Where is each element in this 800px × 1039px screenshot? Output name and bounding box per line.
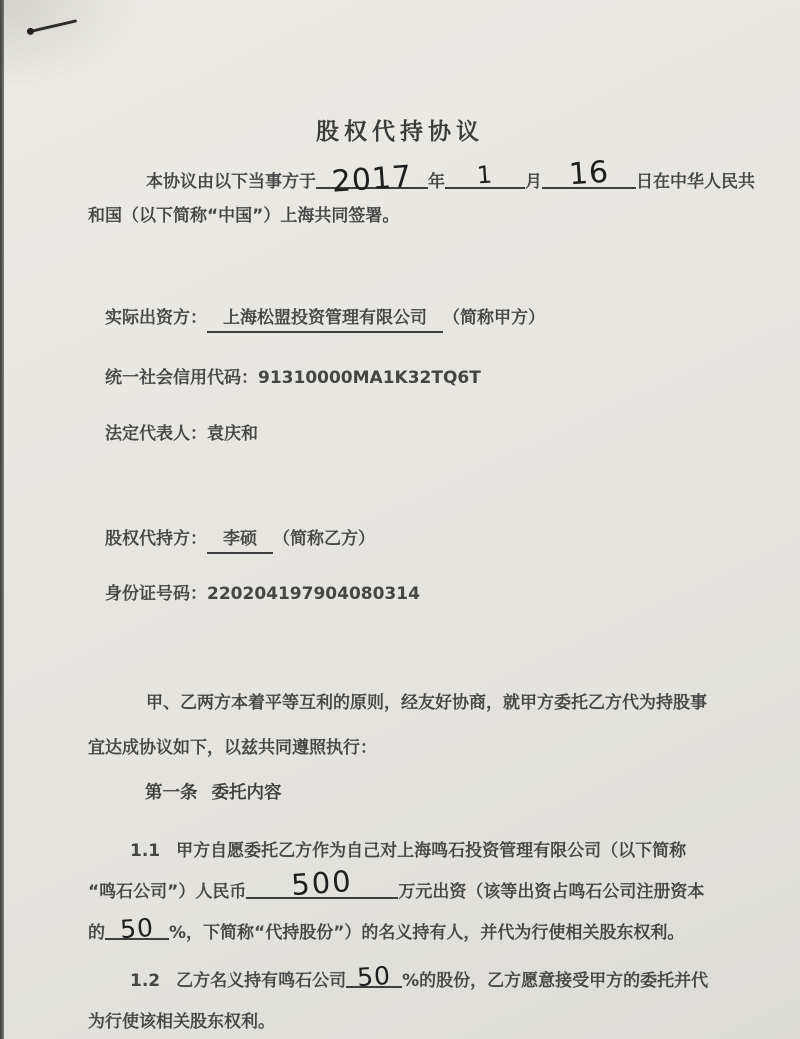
party-b-row: 股权代持方：李硕（简称乙方） xyxy=(105,524,375,549)
handwritten-amount: 500 xyxy=(291,867,354,900)
article-1-title: 委托内容 xyxy=(212,783,282,803)
scanned-contract-page: 股权代持协议 本协议由以下当事方于2017年1月16日在中华人民共 和国（以下简… xyxy=(0,0,800,1039)
party-b-role-label: 股权代持方： xyxy=(105,529,207,549)
id-number-label: 身份证号码： xyxy=(105,584,207,604)
clause-1-1-line-2: “鸣石公司”）人民币500万元出资（该等出资占鸣石公司注册资本 xyxy=(88,882,704,902)
preamble-paragraph: 甲、乙两方本着平等互利的原则，经友好协商，就甲方委托乙方代为持股事 宜达成协议如… xyxy=(88,681,707,771)
corner-shadow xyxy=(0,0,140,90)
intro-line-1: 本协议由以下当事方于2017年1月16日在中华人民共 xyxy=(146,172,755,192)
party-a-row: 实际出资方：上海松盟投资管理有限公司（简称甲方） xyxy=(105,303,545,328)
intro-text-post: 日在中华人民共 xyxy=(636,172,755,192)
intro-paragraph: 本协议由以下当事方于2017年1月16日在中华人民共 和国（以下简称“中国”）上… xyxy=(88,165,755,233)
month-unit: 月 xyxy=(525,172,542,192)
clause-1-1-number: 1.1 xyxy=(130,841,160,861)
clause-1-1-text-2b: 万元出资（该等出资占鸣石公司注册资本 xyxy=(398,882,704,902)
legal-rep-label: 法定代表人： xyxy=(105,424,207,444)
handwritten-percent-1: 50 xyxy=(119,915,154,942)
year-blank: 2017 xyxy=(316,170,428,189)
clause-1-2-paragraph: 1.2乙方名义持有鸣石公司50%的股份，乙方愿意接受甲方的委托并代 为行使该相关… xyxy=(88,961,708,1039)
legal-rep-row: 法定代表人：袁庆和 xyxy=(105,419,258,444)
clause-1-1-line-1: 1.1甲方自愿委托乙方作为自己对上海鸣石投资管理有限公司（以下简称 xyxy=(130,841,686,861)
id-number-value: 220204197904080314 xyxy=(207,584,420,604)
credit-code-row: 统一社会信用代码：91310000MA1K32TQ6T xyxy=(105,363,481,388)
percent-blank-2: 50 xyxy=(346,969,402,988)
photo-left-edge xyxy=(0,0,4,1039)
credit-code-value: 91310000MA1K32TQ6T xyxy=(258,368,481,388)
party-a-name: 上海松盟投资管理有限公司 xyxy=(207,308,443,333)
article-1-heading: 第一条委托内容 xyxy=(145,779,282,804)
party-b-alias: （简称乙方） xyxy=(273,529,375,549)
handwritten-month: 1 xyxy=(476,162,494,187)
party-a-role-label: 实际出资方： xyxy=(105,308,207,328)
clause-1-2-text-1a: 乙方名义持有鸣石公司 xyxy=(176,971,346,991)
credit-code-label: 统一社会信用代码： xyxy=(105,368,258,388)
handwritten-year: 2017 xyxy=(331,162,413,198)
intro-text-pre: 本协议由以下当事方于 xyxy=(146,172,316,192)
year-unit: 年 xyxy=(428,172,445,192)
legal-rep-name: 袁庆和 xyxy=(207,424,258,444)
handwritten-day: 16 xyxy=(568,158,610,191)
preamble-line-1: 甲、乙两方本着平等互利的原则，经友好协商，就甲方委托乙方代为持股事 xyxy=(146,693,707,713)
day-blank: 16 xyxy=(542,170,636,189)
amount-blank: 500 xyxy=(246,880,398,899)
preamble-line-2: 宜达成协议如下，以兹共同遵照执行： xyxy=(88,738,377,758)
clause-1-1-paragraph: 1.1甲方自愿委托乙方作为自己对上海鸣石投资管理有限公司（以下简称 “鸣石公司”… xyxy=(88,831,704,954)
party-a-alias: （简称甲方） xyxy=(443,308,545,328)
id-number-row: 身份证号码：220204197904080314 xyxy=(105,579,420,604)
percent-blank-1: 50 xyxy=(105,921,169,940)
month-blank: 1 xyxy=(445,170,525,189)
party-b-name: 李硕 xyxy=(207,529,273,554)
clause-1-1-text-1: 甲方自愿委托乙方作为自己对上海鸣石投资管理有限公司（以下简称 xyxy=(176,841,686,861)
handwritten-percent-2: 50 xyxy=(356,963,391,990)
clause-1-1-line-3: 的50%，下简称“代持股份”）的名义持有人，并代为行使相关股东权利。 xyxy=(88,923,684,943)
article-1-number: 第一条 xyxy=(145,783,198,803)
clause-1-1-text-2a: “鸣石公司”）人民币 xyxy=(88,882,246,902)
intro-line-2: 和国（以下简称“中国”）上海共同签署。 xyxy=(88,206,399,226)
clause-1-2-text-1b: %的股份，乙方愿意接受甲方的委托并代 xyxy=(402,971,708,991)
clause-1-1-text-3b: %，下简称“代持股份”）的名义持有人，并代为行使相关股东权利。 xyxy=(169,923,684,943)
document-title: 股权代持协议 xyxy=(0,113,800,146)
clause-1-2-number: 1.2 xyxy=(130,971,160,991)
clause-1-2-line-2: 为行使该相关股东权利。 xyxy=(88,1012,275,1032)
clause-1-2-line-1: 1.2乙方名义持有鸣石公司50%的股份，乙方愿意接受甲方的委托并代 xyxy=(130,971,708,991)
clause-1-1-text-3a: 的 xyxy=(88,923,105,943)
